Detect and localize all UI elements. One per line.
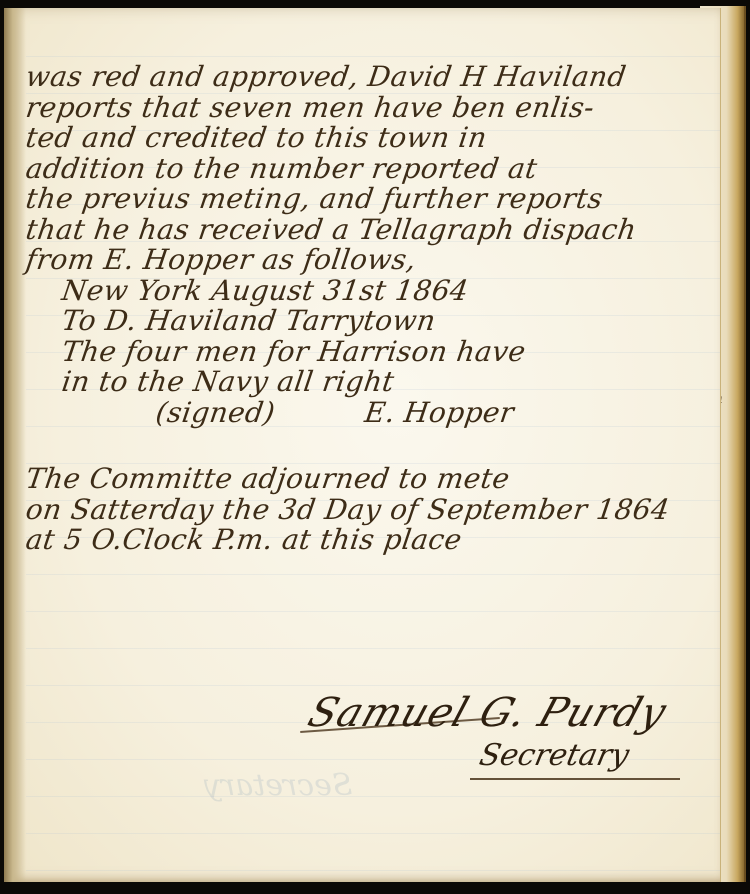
signature-name: Samuel G. Purdy xyxy=(303,690,673,736)
body-line: the previus meting, and further reports xyxy=(24,184,718,215)
book-spread: ke y d ith c Secretary was red and appro… xyxy=(0,0,750,894)
body-line: that he has received a Tellagraph dispac… xyxy=(24,215,718,246)
signature-underline xyxy=(470,778,680,780)
closing-line: on Satterday the 3d Day of September 186… xyxy=(24,495,718,526)
signature-title: Secretary xyxy=(476,738,632,773)
telegram-recipient: To D. Haviland Tarrytown xyxy=(24,306,718,337)
telegram-message-line: The four men for Harrison have xyxy=(24,337,718,368)
body-line: from E. Hopper as follows, xyxy=(24,245,718,276)
signed-label: (signed) xyxy=(154,396,277,429)
body-line: addition to the number reported at xyxy=(24,154,718,185)
closing-line: The Committe adjourned to mete xyxy=(24,464,718,495)
telegram-signature: (signed)E. Hopper xyxy=(24,398,718,429)
secretary-signature: Samuel G. Purdy Secretary xyxy=(300,690,720,790)
signed-name: E. Hopper xyxy=(363,396,517,429)
body-line: ted and credited to this town in xyxy=(24,123,718,154)
body-line: reports that seven men have ben enlis- xyxy=(24,93,718,124)
body-line: was red and approved, David H Haviland xyxy=(24,62,718,93)
minutes-text: was red and approved, David H Haviland r… xyxy=(26,62,716,556)
telegram-message-line: in to the Navy all right xyxy=(24,367,718,398)
closing-line: at 5 O.Clock P.m. at this place xyxy=(24,525,718,556)
page-gutter xyxy=(4,8,26,882)
telegram-header: New York August 31st 1864 xyxy=(24,276,718,307)
